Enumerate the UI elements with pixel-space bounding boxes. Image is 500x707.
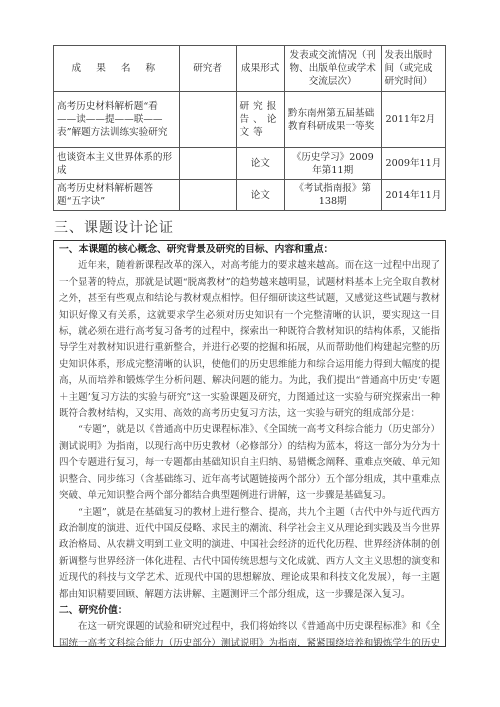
research-results-table: 成 果 名 称 研究者 成果形式 发表或交流情况（刊物、出版单位或学术交流层次）…: [53, 45, 446, 211]
paragraph-topic-definition: “专题”，就是以《普通高中历史课程标准》、《全国统一高考文科综合能力（历史部分）…: [59, 422, 440, 504]
header-publication: 发表或交流情况（刊物、出版单位或学术交流层次）: [284, 46, 381, 92]
paragraph-research-value: 在这一研究课题的试验和研究过程中，我们将始终以《普通高中历史课程标准》和《全国统…: [59, 619, 440, 647]
cell-result-name: 也谈资本主义世界体系的形成: [54, 148, 180, 180]
subheading-core-concepts: 一、本课题的核心概念、研究背景及研究的目标、内容和重点：: [59, 242, 440, 258]
cell-researcher: [179, 148, 236, 180]
table-row: 也谈资本主义世界体系的形成 论文 《历史学习》2009年第11期 2009年11…: [54, 148, 446, 180]
paragraph-theme-definition: “主题”，就是在基础复习的教材上进行整合、提高，共九个主题（古代中外与近代西方政…: [59, 505, 440, 603]
subheading-research-value: 二、研究价值：: [59, 603, 440, 619]
paragraph-background: 近年来，随着新课程改革的深入，对高考能力的要求越来越高。而在这一过程中出现了一个…: [59, 258, 440, 422]
design-argument-box: 一、本课题的核心概念、研究背景及研究的目标、内容和重点： 近年来，随着新课程改革…: [53, 240, 446, 647]
cell-result-name: 高考历史材料解析题“看——读——提——联——表”解题方法训练实验研究: [54, 92, 180, 148]
cell-publication: 《历史学习》2009年第11期: [284, 148, 381, 180]
header-publish-date: 发表出版时间（或完成研究时间）: [381, 46, 445, 92]
header-result-form: 成果形式: [236, 46, 284, 92]
header-result-name: 成 果 名 称: [54, 46, 180, 92]
cell-publish-date: 2014年11月: [381, 180, 445, 211]
cell-result-name: 高考历史材料解析题答题“五字诀”: [54, 180, 180, 211]
cell-publish-date: 2009年11月: [381, 148, 445, 180]
cell-publish-date: 2011年2月: [381, 92, 445, 148]
cell-researcher: [179, 180, 236, 211]
section-heading: 三、课题设计论证: [54, 217, 174, 237]
table-row: 高考历史材料解析题“看——读——提——联——表”解题方法训练实验研究 研究报告、…: [54, 92, 446, 148]
cell-publication: 黔东南州第五届基础教育科研成果一等奖: [284, 92, 381, 148]
cell-researcher: [179, 92, 236, 148]
cell-result-form: 研究报告、论文等: [236, 92, 284, 148]
table-row: 高考历史材料解析题答题“五字诀” 论文 《考试指南报》第138期 2014年11…: [54, 180, 446, 211]
header-researcher: 研究者: [179, 46, 236, 92]
table-header-row: 成 果 名 称 研究者 成果形式 发表或交流情况（刊物、出版单位或学术交流层次）…: [54, 46, 446, 92]
cell-publication: 《考试指南报》第138期: [284, 180, 381, 211]
cell-result-form: 论文: [236, 180, 284, 211]
cell-result-form: 论文: [236, 148, 284, 180]
